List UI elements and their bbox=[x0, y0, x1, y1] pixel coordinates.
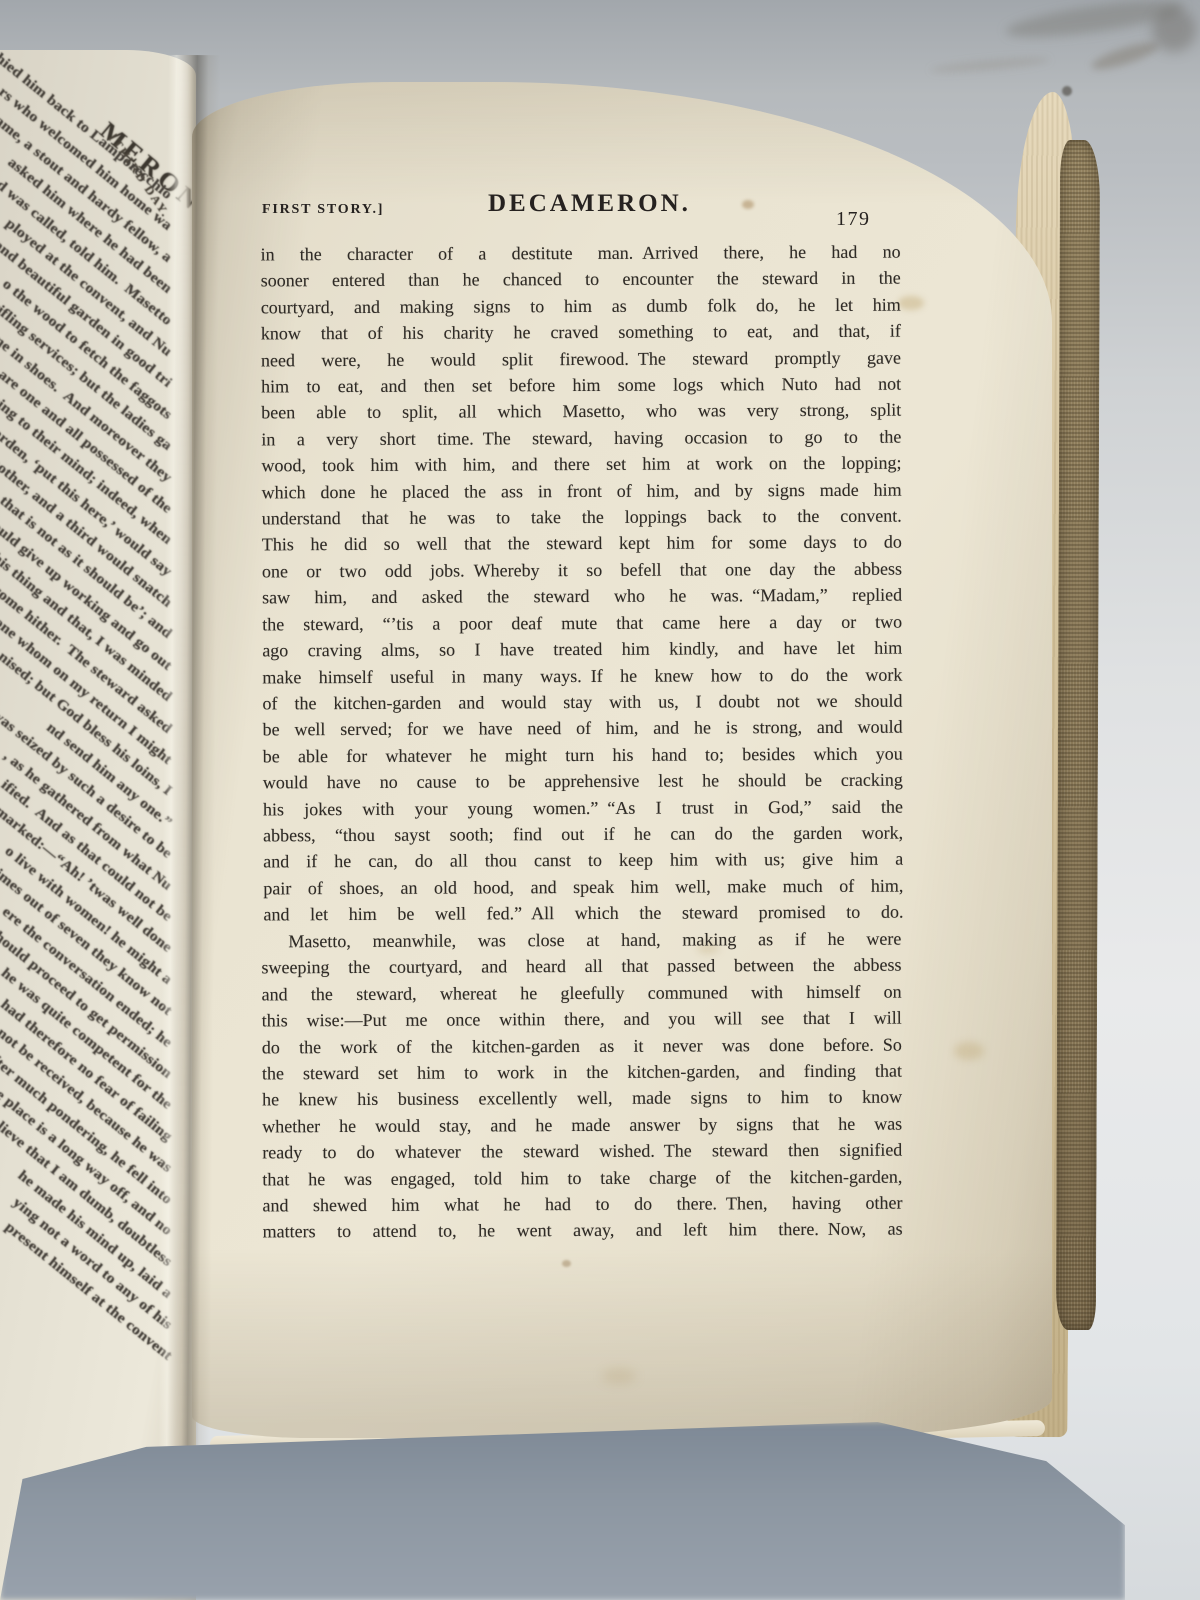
text-line: make himself useful in many ways. If he … bbox=[262, 661, 902, 690]
left-page-lines: hied him back to Lamporecchiors who welc… bbox=[0, 181, 170, 1374]
text-line: would have no cause to be apprehensive l… bbox=[263, 767, 903, 796]
section-label: FIRST STORY.] bbox=[262, 202, 384, 218]
paper-stain bbox=[562, 1260, 571, 1267]
paper-stain bbox=[742, 200, 754, 209]
page-title: DECAMERON. bbox=[488, 190, 691, 218]
background-smudge bbox=[930, 55, 1050, 75]
paragraph-1: in the character of a destitute man. Arr… bbox=[261, 239, 904, 928]
paper-stain bbox=[898, 296, 924, 310]
text-line: matters to attend to, he went away, and … bbox=[263, 1216, 903, 1245]
text-line: ago craving alms, so I have treated him … bbox=[262, 635, 902, 664]
text-line: pair of shoes, an old hood, and speak hi… bbox=[263, 872, 903, 901]
text-line: in a very short time. The steward, havin… bbox=[261, 423, 901, 452]
text-line: courtyard, and making signs to him as du… bbox=[261, 291, 901, 320]
text-line: and if he can, do all thou canst to keep… bbox=[263, 846, 903, 875]
text-line: saw him, and asked the steward who he wa… bbox=[262, 582, 902, 611]
text-line: been able to split, all which Masetto, w… bbox=[261, 397, 901, 426]
text-line: be well served; for we have need of him,… bbox=[263, 714, 903, 743]
gutter-shadow bbox=[158, 55, 220, 1525]
text-line: wood, took him with him, and there set h… bbox=[261, 450, 901, 479]
text-line: whether he would stay, and he made answe… bbox=[262, 1110, 902, 1139]
text-line: ready to do whatever the steward wished.… bbox=[262, 1137, 902, 1166]
text-line: sweeping the courtyard, and heard all th… bbox=[261, 952, 901, 981]
paragraph-2: Masetto, meanwhile, was close at hand, m… bbox=[261, 926, 902, 1246]
right-page: FIRST STORY.] DECAMERON. 179 in the char… bbox=[192, 82, 1052, 1438]
book-photo-scene: MERON. [THIRD DAY. hied him back to Lamp… bbox=[0, 0, 1200, 1600]
text-line: which done he placed the ass in front of… bbox=[262, 476, 902, 505]
text-line: abbess, “thou sayst sooth; find out if h… bbox=[263, 820, 903, 849]
text-line: know that of his charity he craved somet… bbox=[261, 318, 901, 347]
paper-stain bbox=[602, 1368, 636, 1384]
text-line: sooner entered than he chanced to encoun… bbox=[261, 265, 901, 294]
text-line: be able for whatever he might turn his h… bbox=[263, 740, 903, 769]
text-line: This he did so well that the steward kep… bbox=[262, 529, 902, 558]
text-line: and the steward, whereat he gleefully co… bbox=[262, 978, 902, 1007]
text-line: this wise:—Put me once within there, and… bbox=[262, 1005, 902, 1034]
text-line: one or two odd jobs. Whereby it so befel… bbox=[262, 555, 902, 584]
text-line: need were, he would split firewood. The … bbox=[261, 344, 901, 373]
text-line: he knew his business excellently well, m… bbox=[262, 1084, 902, 1113]
text-line: his jokes with your young women.” “As I … bbox=[263, 793, 903, 822]
paper-stain bbox=[954, 1042, 984, 1060]
background-smudge bbox=[1089, 38, 1161, 75]
text-line: in the character of a destitute man. Arr… bbox=[261, 239, 901, 268]
book-cover-edge bbox=[1056, 140, 1100, 1330]
text-line: understand that he was to take the loppi… bbox=[262, 503, 902, 532]
background-smudge bbox=[1062, 86, 1072, 96]
text-line: do the work of the kitchen-garden as it … bbox=[262, 1031, 902, 1060]
book-shadow bbox=[0, 1422, 1125, 1600]
text-line: the steward set him to work in the kitch… bbox=[262, 1058, 902, 1087]
text-line: that he was engaged, told him to take ch… bbox=[262, 1163, 902, 1192]
text-line: and shewed him what he had to do there. … bbox=[262, 1190, 902, 1219]
text-line: the steward, “’tis a poor deaf mute that… bbox=[262, 608, 902, 637]
background-smudge bbox=[1152, 8, 1196, 52]
text-line: him to eat, and then set before him some… bbox=[261, 371, 901, 400]
text-line: Masetto, meanwhile, was close at hand, m… bbox=[261, 926, 901, 955]
text-line: and let him be well fed.” All which the … bbox=[263, 899, 903, 928]
page-number: 179 bbox=[836, 208, 871, 231]
text-line: of the kitchen-garden and would stay wit… bbox=[262, 688, 902, 717]
